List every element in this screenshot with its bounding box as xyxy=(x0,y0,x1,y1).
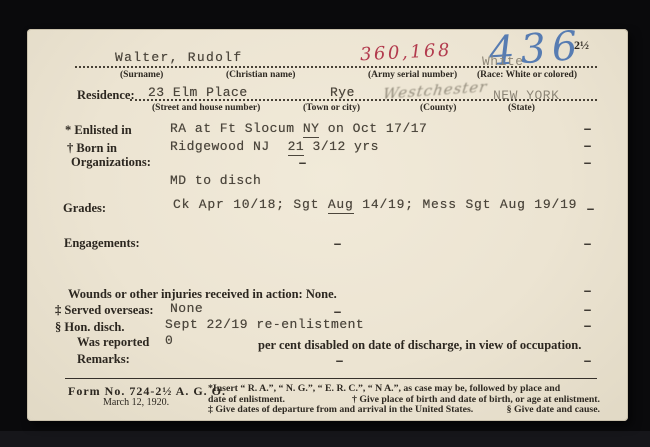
town-value: Rye xyxy=(330,85,355,100)
residence-label: Residence: xyxy=(77,88,135,103)
typed-dash: – xyxy=(333,240,342,250)
name-row-rule xyxy=(75,66,597,68)
surname-label: (Surname) xyxy=(120,70,163,80)
organizations-label: Organizations: xyxy=(71,155,151,170)
born-place: Ridgewood NJ xyxy=(170,139,270,154)
typed-dash: – xyxy=(583,240,592,250)
scanned-image: 436 2½ Walter, Rudolf 360,168 White (Sur… xyxy=(0,0,650,447)
engagements-label: Engagements: xyxy=(64,236,140,251)
footer-rule xyxy=(65,378,597,379)
christian-name-label: (Christian name) xyxy=(226,70,295,80)
footer-note-departure: ‡ Give dates of departure from and arriv… xyxy=(208,405,473,416)
state-label: (State) xyxy=(508,103,535,113)
footer-note-line1: *Insert “ R. A.”, “ N. G.”, “ E. R. C.”,… xyxy=(208,384,600,395)
organizations-value: MD to disch xyxy=(170,173,261,188)
typed-dash: – xyxy=(583,306,592,316)
town-label: (Town or city) xyxy=(303,103,360,113)
service-record-card: 436 2½ Walter, Rudolf 360,168 White (Sur… xyxy=(27,29,628,421)
born-label: † Born in xyxy=(67,141,117,156)
serial-number-handwriting: 360,168 xyxy=(360,40,453,66)
served-overseas-value: None xyxy=(170,301,203,316)
disabled-percent-text: per cent disabled on date of discharge, … xyxy=(258,338,581,353)
typed-dash: – xyxy=(583,142,592,152)
race-label: (Race: White or colored) xyxy=(477,70,577,80)
residence-row-rule xyxy=(130,99,597,101)
street-value: 23 Elm Place xyxy=(148,85,248,100)
enlisted-value-part: RA at Ft Slocum xyxy=(170,121,303,136)
name-value: Walter, Rudolf xyxy=(115,50,242,65)
served-overseas-label: ‡ Served overseas: xyxy=(55,303,154,318)
born-age-rest: 3/12 yrs xyxy=(304,139,379,154)
grades-value: Ck Apr 10/18; Sgt Aug 14/19; Mess Sgt Au… xyxy=(173,197,577,212)
grades-value-part: Ck Apr 10/18; Sgt xyxy=(173,197,328,212)
form-date: March 12, 1920. xyxy=(103,397,169,408)
typed-dash: – xyxy=(583,287,592,297)
hon-disch-value: Sept 22/19 re-enlistment xyxy=(165,317,364,332)
grades-value-underlined: Aug xyxy=(328,197,354,214)
county-label: (County) xyxy=(420,103,456,113)
hon-disch-label: § Hon. disch. xyxy=(55,320,124,335)
was-reported-value: 0 xyxy=(165,333,173,348)
enlisted-value: RA at Ft Slocum NY on Oct 17/17 xyxy=(170,121,427,136)
typed-dash: – xyxy=(298,159,307,169)
grades-label: Grades: xyxy=(63,201,106,216)
typed-dash: – xyxy=(583,322,592,332)
footer-notes: *Insert “ R. A.”, “ N. G.”, “ E. R. C.”,… xyxy=(208,384,600,416)
typed-dash: – xyxy=(586,205,595,215)
enlisted-value-underlined: NY xyxy=(303,121,320,138)
enlisted-label: * Enlisted in xyxy=(65,123,132,138)
born-value: Ridgewood NJ21 3/12 yrs xyxy=(170,139,379,154)
typed-dash: – xyxy=(583,159,592,169)
enlisted-value-part: on Oct 17/17 xyxy=(319,121,427,136)
serial-number-label: (Army serial number) xyxy=(368,70,457,80)
footer-note-cause: § Give date and cause. xyxy=(507,405,600,416)
born-age-underlined: 21 xyxy=(288,139,305,156)
remarks-label: Remarks: xyxy=(77,352,130,367)
form-size-label: 2½ xyxy=(574,38,589,53)
typed-dash: – xyxy=(583,357,592,367)
was-reported-label: Was reported xyxy=(77,335,149,350)
grades-value-part: 14/19; Mess Sgt Aug 19/19 xyxy=(354,197,578,212)
typed-dash: – xyxy=(583,125,592,135)
wounds-line: Wounds or other injuries received in act… xyxy=(68,287,337,302)
typed-dash: – xyxy=(335,357,344,367)
footer-note-line3: ‡ Give dates of departure from and arriv… xyxy=(208,405,600,416)
street-label: (Street and house number) xyxy=(152,103,260,113)
